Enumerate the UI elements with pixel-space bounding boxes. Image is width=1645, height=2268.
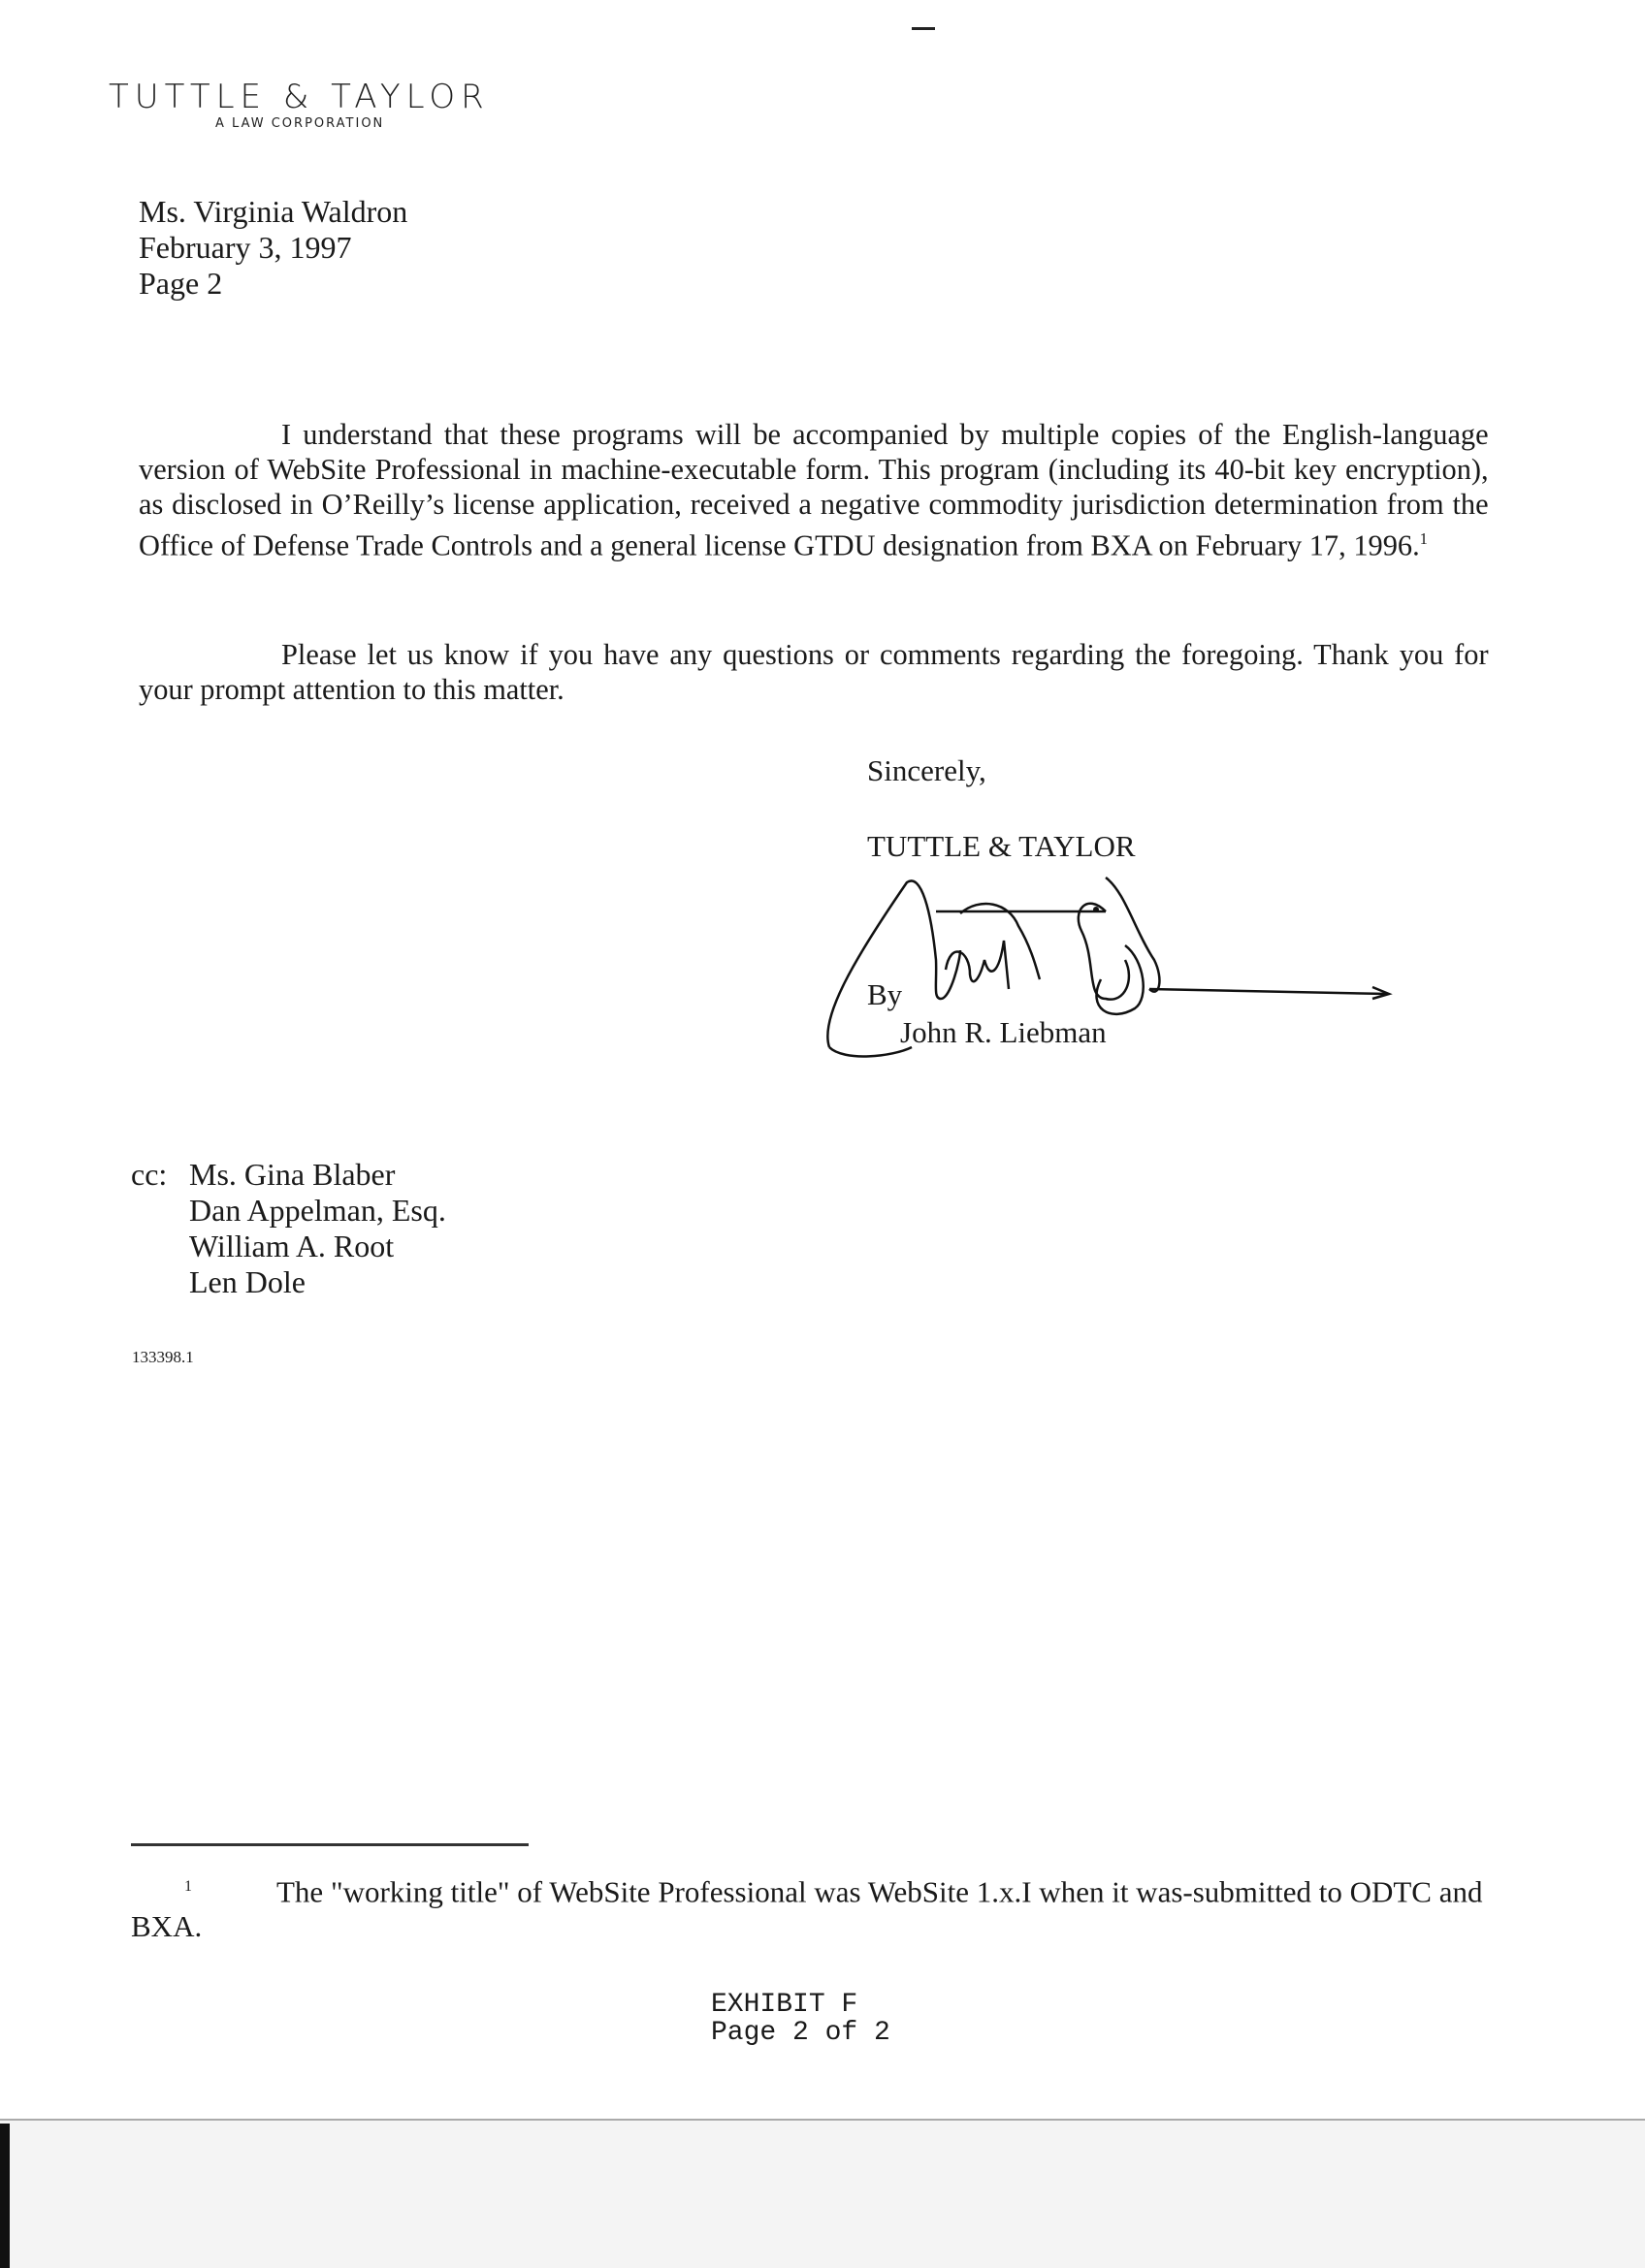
exhibit-label: EXHIBIT F (711, 1991, 890, 2019)
scan-edge (0, 2124, 10, 2268)
page-number: Page 2 (139, 266, 407, 302)
footnote-mark: 1 (131, 1869, 276, 1904)
exhibit-stamp: EXHIBIT FPage 2 of 2 (711, 1991, 890, 2047)
closing-salutation: Sincerely, (867, 753, 986, 788)
footnote-reference: 1 (1420, 529, 1428, 548)
body-paragraph-2: Please let us know if you have any quest… (139, 637, 1489, 707)
scan-bottom-margin (0, 2119, 1645, 2268)
letterhead-firm-name: TUTTLE & TAYLOR (109, 78, 490, 116)
paragraph-2-text: Please let us know if you have any quest… (139, 637, 1489, 706)
footnote-divider (131, 1843, 529, 1846)
footnote: 1The "working title" of WebSite Professi… (131, 1869, 1489, 1944)
letterhead-subtitle: A LAW CORPORATION (215, 116, 384, 131)
cc-recipient: William A. Root (131, 1229, 446, 1264)
exhibit-page: Page 2 of 2 (711, 2019, 890, 2047)
signature (815, 853, 1397, 1067)
letter-date: February 3, 1997 (139, 230, 407, 266)
paragraph-1-text: I understand that these programs will be… (139, 417, 1489, 561)
cc-list: cc:Ms. Gina Blaber Dan Appelman, Esq. Wi… (131, 1157, 446, 1300)
page-header: Ms. Virginia Waldron February 3, 1997 Pa… (139, 194, 407, 302)
cc-recipient: Len Dole (131, 1264, 446, 1300)
scan-mark (912, 27, 935, 30)
body-paragraph-1: I understand that these programs will be… (139, 417, 1489, 562)
document-number: 133398.1 (132, 1348, 194, 1367)
footnote-text: The "working title" of WebSite Professio… (131, 1874, 1483, 1943)
cc-recipient: Dan Appelman, Esq. (131, 1193, 446, 1229)
recipient-name: Ms. Virginia Waldron (139, 194, 407, 230)
cc-label: cc: (131, 1157, 189, 1193)
cc-recipient: Ms. Gina Blaber (189, 1157, 395, 1192)
